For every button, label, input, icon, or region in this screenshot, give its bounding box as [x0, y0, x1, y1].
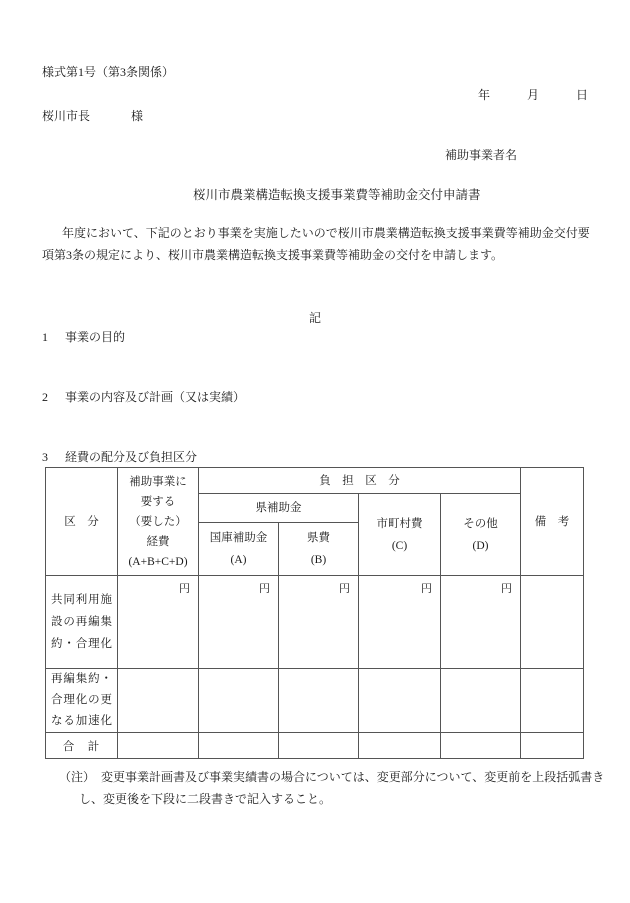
list-item-3: 3経費の配分及び負担区分	[42, 448, 197, 465]
header-category: 区 分	[46, 468, 118, 576]
remarks-cell	[521, 669, 584, 733]
addressee-name: 桜川市長	[42, 109, 90, 123]
item-3-number: 3	[42, 450, 65, 465]
addressee-honorific: 様	[131, 109, 143, 123]
body-line-2: 項第3条の規定により、桜川市農業構造転換支援事業費等補助金の交付を申請します。	[42, 244, 590, 266]
header-project-expense: 補助事業に 要する （要した） 経費 (A+B+C+D)	[118, 468, 199, 576]
row-label-consolidation: 共同利用施設の再編集約・合理化	[46, 576, 118, 669]
list-item-1: 1事業の目的	[42, 328, 125, 345]
document-page: 様式第1号（第3条関係） 年 月 日 桜川市長様 補助事業者名 桜川市農業構造転…	[0, 0, 630, 903]
national-subsidy-cell	[199, 733, 279, 759]
row-label-total: 合 計	[46, 733, 118, 759]
national-subsidy-cell	[199, 669, 279, 733]
item-3-label: 経費の配分及び負担区分	[65, 450, 197, 464]
header-other: その他 (D)	[441, 494, 521, 576]
table-row-acceleration: 再編集約・合理化の更なる加速化	[46, 669, 584, 733]
prefectural-expense-cell	[279, 733, 359, 759]
body-paragraph: 年度において、下記のとおり事業を実施したいので桜川市農業構造転換支援事業費等補助…	[42, 222, 590, 266]
date-day-label: 日	[576, 86, 588, 103]
note-line-2: し、変更後を下段に二段書きで記入すること。	[79, 788, 604, 810]
date-line: 年 月 日	[478, 86, 588, 103]
municipal-expense-cell	[359, 733, 441, 759]
note-label: （注）	[59, 770, 95, 784]
other-expense-cell	[441, 733, 521, 759]
municipal-expense-cell	[359, 669, 441, 733]
other-expense-cell: 円	[441, 576, 521, 669]
header-national-subsidy: 国庫補助金 (A)	[199, 523, 279, 576]
note-block: （注）変更事業計画書及び事業実績書の場合については、変更部分について、変更前を上…	[59, 766, 604, 810]
note-line-1: （注）変更事業計画書及び事業実績書の場合については、変更部分について、変更前を上…	[59, 766, 604, 788]
date-month-label: 月	[527, 86, 539, 103]
expense-total-cell	[118, 733, 199, 759]
item-2-number: 2	[42, 390, 65, 405]
other-expense-cell	[441, 669, 521, 733]
item-2-label: 事業の内容及び計画（又は実績）	[65, 390, 245, 404]
national-subsidy-cell: 円	[199, 576, 279, 669]
expense-allocation-table: 区 分 補助事業に 要する （要した） 経費 (A+B+C+D) 負 担 区 分…	[45, 467, 584, 759]
addressee-line: 桜川市長様	[42, 107, 143, 124]
date-year-label: 年	[478, 86, 490, 103]
form-number: 様式第1号（第3条関係）	[42, 63, 174, 80]
expense-total-cell: 円	[118, 576, 199, 669]
remarks-cell	[521, 576, 584, 669]
table-row-consolidation: 共同利用施設の再編集約・合理化 円 円 円 円 円	[46, 576, 584, 669]
expense-total-cell	[118, 669, 199, 733]
municipal-expense-cell: 円	[359, 576, 441, 669]
document-title: 桜川市農業構造転換支援事業費等補助金交付申請書	[193, 185, 481, 203]
row-label-acceleration: 再編集約・合理化の更なる加速化	[46, 669, 118, 733]
prefectural-expense-cell: 円	[279, 576, 359, 669]
list-item-2: 2事業の内容及び計画（又は実績）	[42, 388, 245, 405]
item-1-label: 事業の目的	[65, 330, 125, 344]
body-line-1: 年度において、下記のとおり事業を実施したいので桜川市農業構造転換支援事業費等補助…	[42, 222, 590, 244]
header-burden-classification: 負 担 区 分	[199, 468, 521, 494]
header-remarks: 備 考	[521, 468, 584, 576]
note-text-1: 変更事業計画書及び事業実績書の場合については、変更部分について、変更前を上段括弧…	[101, 770, 604, 784]
header-municipal-expense: 市町村費 (C)	[359, 494, 441, 576]
record-heading: 記	[0, 309, 630, 326]
applicant-name-label: 補助事業者名	[445, 146, 517, 163]
item-1-number: 1	[42, 330, 65, 345]
header-prefectural-expense: 県費 (B)	[279, 523, 359, 576]
remarks-cell	[521, 733, 584, 759]
table-row-total: 合 計	[46, 733, 584, 759]
prefectural-expense-cell	[279, 669, 359, 733]
header-prefectural-subsidy: 県補助金	[199, 494, 359, 523]
